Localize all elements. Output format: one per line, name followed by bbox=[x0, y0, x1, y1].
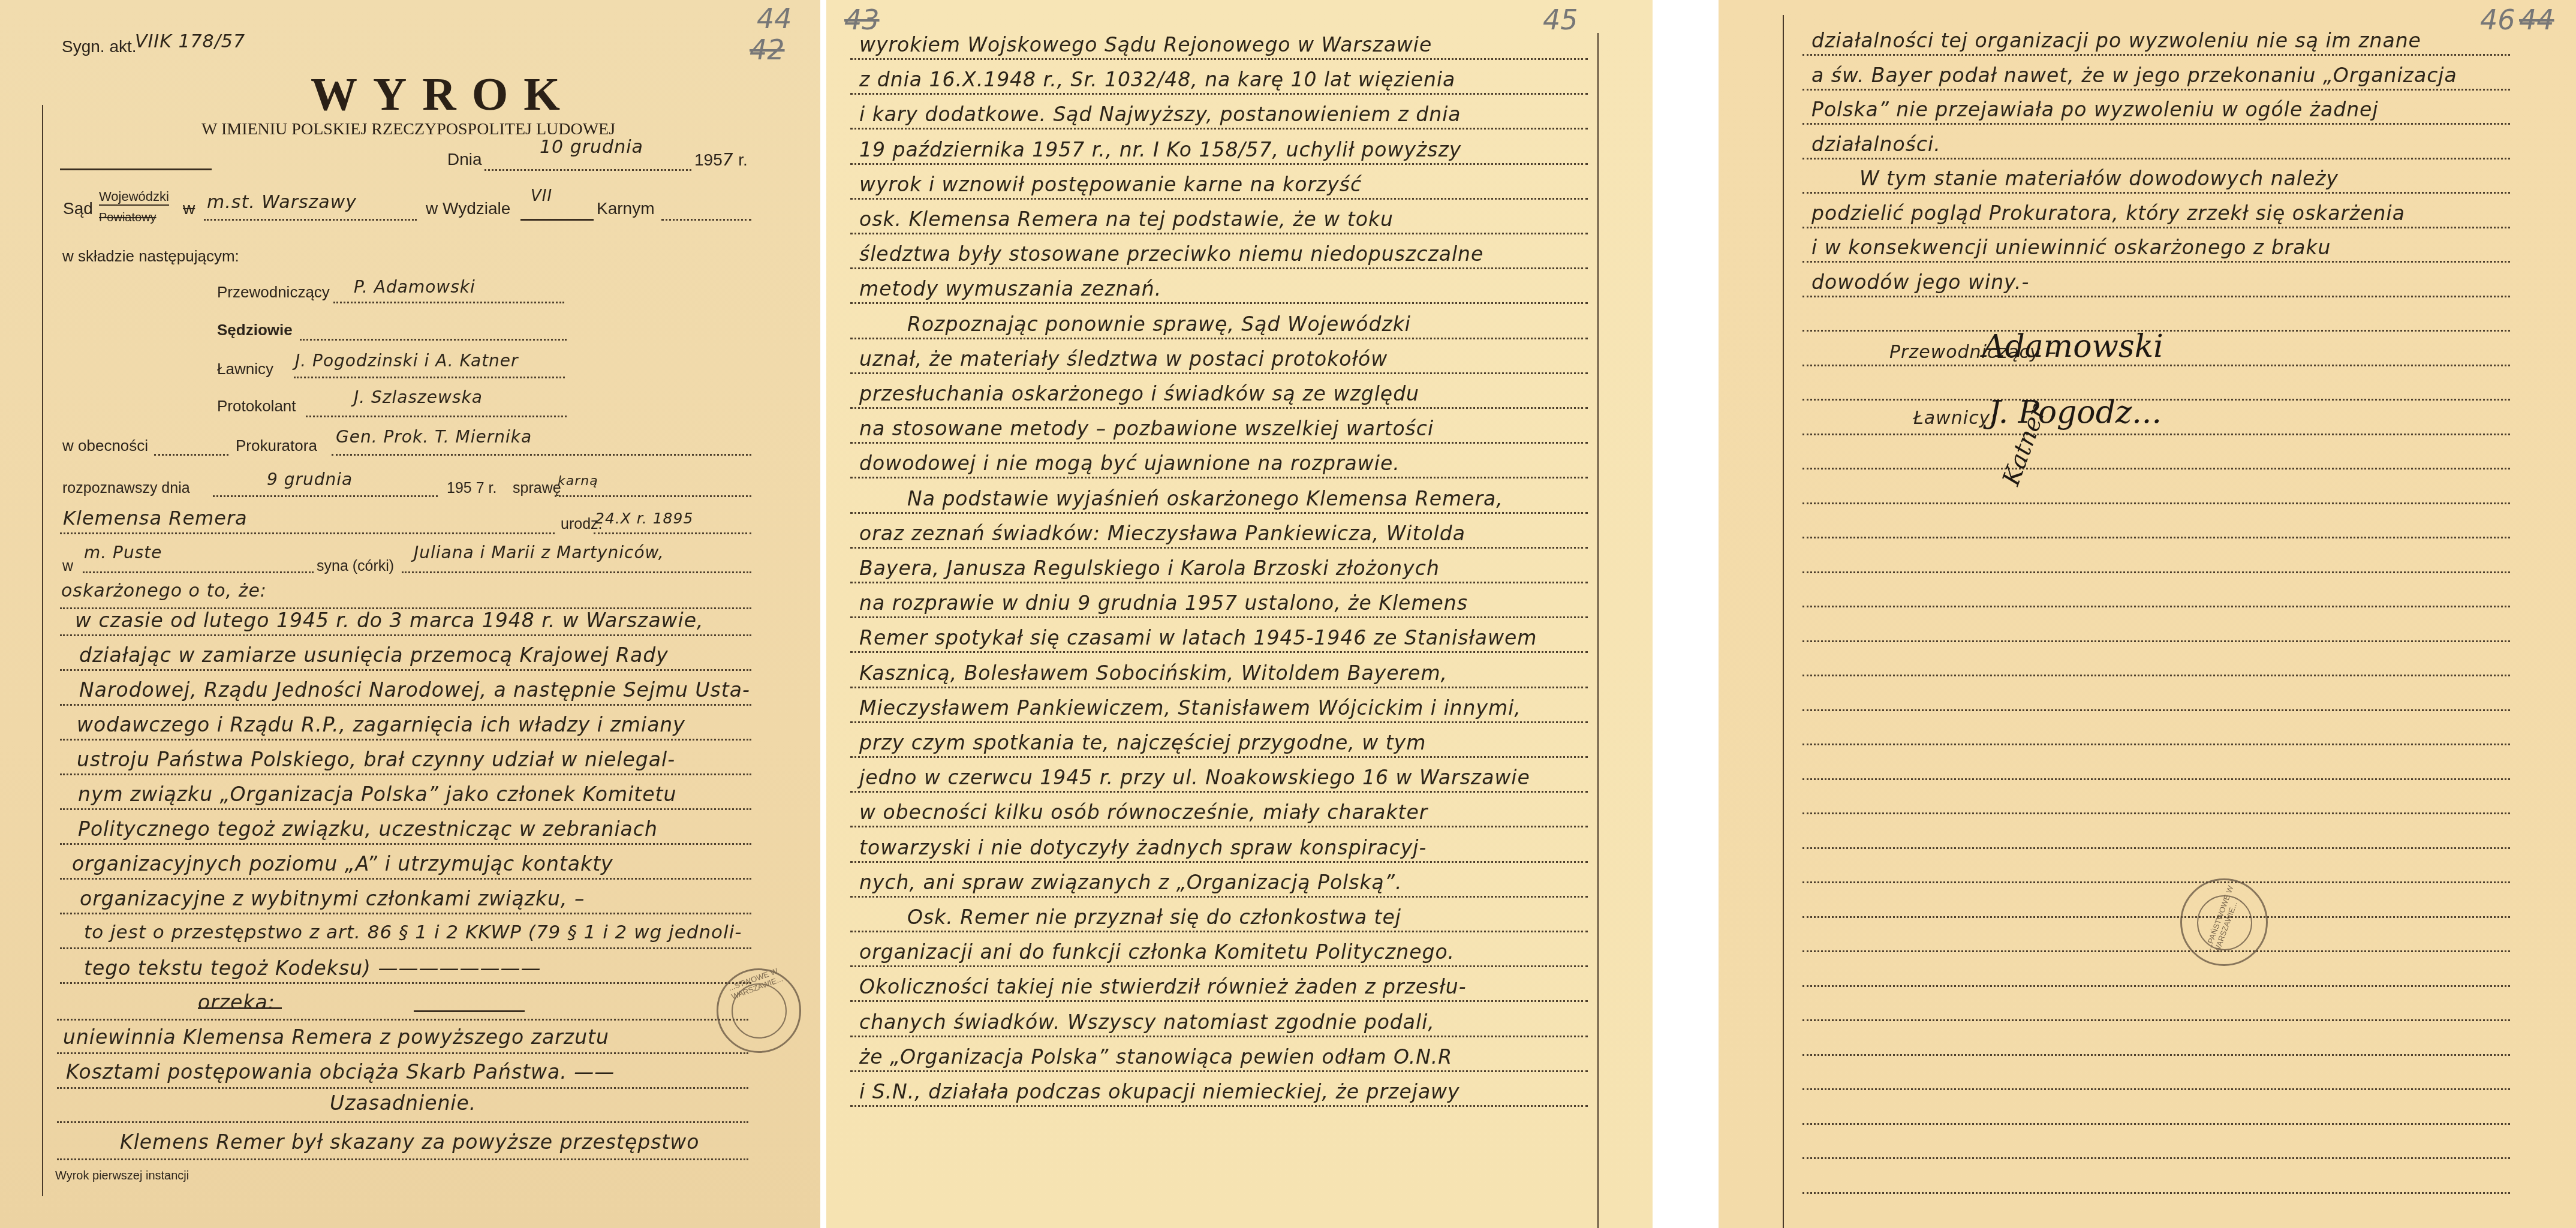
ruled-line bbox=[850, 302, 1588, 304]
ruled-line bbox=[1802, 1019, 2510, 1021]
text-line: metody wymuszania zeznań. bbox=[859, 277, 1161, 300]
text-line: wyrok i wznowił postępowanie karne na ko… bbox=[859, 173, 1362, 196]
court-place: m.st. Warszawy bbox=[207, 192, 357, 213]
clerk-value: J. Szlaszewska bbox=[354, 387, 483, 407]
ruled-line bbox=[850, 931, 1588, 932]
ruled-line bbox=[1802, 709, 2510, 711]
heard-label: rozpoznawszy dnia bbox=[62, 480, 190, 497]
ruled-line bbox=[850, 651, 1588, 653]
lay-judges-signature-label: Ławnicy: bbox=[1913, 408, 1997, 429]
text-line: wyrokiem Wojskowego Sądu Rejonowego w Wa… bbox=[859, 33, 1432, 56]
text-line: uznał, że materiały śledztwa w postaci p… bbox=[859, 347, 1388, 371]
text-line: organizacji ani do funkcji członka Komit… bbox=[859, 940, 1455, 964]
case-value: karną bbox=[558, 474, 598, 489]
text-line: Remer spotykał się czasami w latach 1945… bbox=[859, 626, 1537, 649]
folio-number-struck: 44 bbox=[2519, 4, 2554, 36]
ruled-line bbox=[1802, 985, 2510, 987]
ruled-line bbox=[1802, 778, 2510, 780]
document-page-1: 44 42 Sygn. akt. VIIK 178/57 WYROK W IMI… bbox=[0, 0, 820, 1228]
ruled-line bbox=[1802, 468, 2510, 469]
text-line: 19 października 1957 r., nr. I Ko 158/57… bbox=[859, 138, 1461, 161]
ruled-line bbox=[850, 372, 1588, 374]
date-year: 1957 r. bbox=[694, 150, 748, 170]
ruled-line bbox=[850, 1070, 1588, 1072]
text-line: podzielić pogląd Prokuratora, który zrze… bbox=[1811, 201, 2405, 225]
ruled-line bbox=[850, 198, 1588, 200]
presiding-value: P. Adamowski bbox=[354, 277, 476, 297]
text-line: osk. Klemensa Remera na tej podstawie, ż… bbox=[859, 207, 1394, 231]
official-stamp: ...STWOWE W WARSZAWIE... bbox=[717, 968, 801, 1053]
presiding-label: Przewodniczący bbox=[217, 283, 330, 302]
ruled-line bbox=[1802, 881, 2510, 883]
ruled-line bbox=[850, 791, 1588, 793]
ruled-line bbox=[850, 1036, 1588, 1037]
text-line: dowodów jego winy.- bbox=[1811, 270, 2029, 294]
place-value: m. Puste bbox=[84, 543, 162, 562]
justification-heading: Uzasadnienie. bbox=[330, 1091, 476, 1115]
division-label: w Wydziale bbox=[426, 199, 510, 218]
text-line: W tym stanie materiałów dowodowych należ… bbox=[1859, 167, 2339, 190]
presiding-signature: Adamowski bbox=[1982, 329, 2163, 365]
ruled-line bbox=[1802, 744, 2510, 745]
text-line: przy czym spotkania te, najczęściej przy… bbox=[859, 731, 1426, 754]
ruled-line bbox=[1802, 1157, 2510, 1159]
ruled-line bbox=[1802, 1054, 2510, 1056]
ruled-line bbox=[1802, 640, 2510, 642]
ruled-line bbox=[1802, 227, 2510, 228]
justification-first-line: Klemens Remer był skazany za powyższe pr… bbox=[120, 1130, 700, 1154]
text-line: nych, ani spraw związanych z „Organizacj… bbox=[859, 871, 1402, 894]
lay-judges-label: Ławnicy bbox=[217, 360, 273, 378]
ruled-line bbox=[850, 407, 1588, 409]
ruled-line bbox=[850, 128, 1588, 130]
folio-number-struck: 42 bbox=[750, 34, 785, 66]
clerk-label: Protokolant bbox=[217, 397, 296, 416]
prosecutor-label: Prokuratora bbox=[236, 437, 317, 455]
court-in: w bbox=[183, 199, 195, 218]
text-line: na stosowane metody – pozbawione wszelki… bbox=[859, 417, 1434, 440]
ruled-line bbox=[850, 826, 1588, 827]
text-line: z dnia 16.X.1948 r., Sr. 1032/48, na kar… bbox=[859, 68, 1455, 91]
ruled-line bbox=[1802, 606, 2510, 607]
ruled-line bbox=[1802, 1192, 2510, 1194]
charge-intro: oskarżonego o to, że: bbox=[61, 580, 267, 601]
text-line: Okoliczności takiej nie stwierdził równi… bbox=[859, 975, 1467, 998]
ruled-line bbox=[1802, 916, 2510, 918]
presence-label: w obecności bbox=[62, 437, 148, 455]
ruled-line bbox=[850, 582, 1588, 583]
case-label: sprawę bbox=[513, 480, 561, 497]
document-page-2: 43 45 wyrokiem Wojskowego Sądu Rejonoweg… bbox=[826, 0, 1653, 1228]
date-label: Dnia bbox=[447, 150, 482, 169]
parent-value: Juliana i Marii z Martyniców, bbox=[414, 543, 664, 562]
lay-judges-value: J. Pogodzinski i A. Katner bbox=[295, 351, 519, 371]
ruled-line bbox=[850, 687, 1588, 688]
document-title: WYROK bbox=[311, 67, 576, 121]
text-line: i kary dodatkowe. Sąd Najwyższy, postano… bbox=[859, 103, 1461, 126]
text-line: działalności. bbox=[1811, 133, 1941, 156]
composition-label: w składzie następującym: bbox=[62, 247, 239, 266]
ruled-line bbox=[850, 58, 1588, 60]
ruled-line bbox=[850, 756, 1588, 758]
text-line: działalności tej organizacji po wyzwolen… bbox=[1811, 29, 2421, 52]
text-line: oraz zeznań świadków: Mieczysława Pankie… bbox=[859, 522, 1465, 545]
defendant-name: Klemensa Remera bbox=[63, 507, 248, 529]
verdict-line-2: Kosztami postępowania obciąża Skarb Pańs… bbox=[66, 1060, 615, 1083]
margin-rule bbox=[1783, 15, 1784, 1228]
court-type-struck: Powiatowy bbox=[99, 211, 157, 225]
date-value: 10 grudnia bbox=[540, 137, 643, 158]
text-line: a św. Bayer podał nawet, że w jego przek… bbox=[1811, 64, 2457, 87]
lay-judge-signature-1: J. Pogodz... bbox=[1988, 395, 2162, 431]
ruled-line bbox=[1802, 847, 2510, 849]
ruled-line bbox=[850, 1105, 1588, 1107]
folio-number: 45 bbox=[1543, 4, 1578, 36]
ruled-line bbox=[850, 1000, 1588, 1002]
ruled-line bbox=[1802, 571, 2510, 573]
text-line: i w konsekwencji uniewinnić oskarżonego … bbox=[1811, 236, 2331, 259]
text-line: przesłuchania oskarżonego i świadków są … bbox=[859, 382, 1419, 405]
born-value: 24.X r. 1895 bbox=[595, 510, 693, 527]
folio-number: 44 bbox=[757, 2, 792, 35]
verdict-line-1: uniewinnia Klemensa Remera z powyższego … bbox=[63, 1025, 609, 1049]
judges-label: Sędziowie bbox=[217, 321, 293, 339]
text-line: i S.N., działała podczas okupacji niemie… bbox=[859, 1080, 1460, 1103]
document-page-3: 46 44 działalności tej organizacji po wy… bbox=[1719, 0, 2576, 1228]
ruled-line bbox=[850, 896, 1588, 898]
heard-year: 195 7 r. bbox=[447, 480, 496, 497]
signature-value: VIIK 178/57 bbox=[135, 31, 245, 52]
ruled-line bbox=[1802, 434, 2510, 435]
place-prefix: w bbox=[62, 558, 73, 575]
text-line: jedno w czerwcu 1945 r. przy ul. Noakows… bbox=[859, 766, 1530, 789]
parent-label: syna (córki) bbox=[317, 558, 394, 575]
text-line: Mieczysławem Pankiewiczem, Stanisławem W… bbox=[859, 696, 1521, 720]
ruled-line bbox=[850, 616, 1588, 618]
ruled-line bbox=[1802, 123, 2510, 125]
heard-value: 9 grudnia bbox=[267, 469, 353, 489]
ruled-line bbox=[850, 861, 1588, 863]
form-footer: Wyrok pierwszej instancji bbox=[55, 1169, 189, 1183]
ruled-line bbox=[1802, 192, 2510, 194]
court-label: Sąd bbox=[63, 199, 93, 218]
text-line: śledztwa były stosowane przeciwko niemu … bbox=[859, 242, 1483, 266]
ruled-line bbox=[1802, 1123, 2510, 1125]
ruled-line bbox=[850, 547, 1588, 549]
ruled-line bbox=[850, 338, 1588, 339]
ruled-line bbox=[1802, 158, 2510, 159]
prosecutor-value: Gen. Prok. T. Miernika bbox=[336, 427, 532, 447]
ruled-line bbox=[1802, 675, 2510, 676]
folio-number: 46 bbox=[2480, 4, 2515, 36]
text-line: chanych świadków. Wszyscy natomiast zgod… bbox=[859, 1010, 1435, 1034]
ruled-line bbox=[1802, 950, 2510, 952]
text-line: Na podstawie wyjaśnień oskarżonego Kleme… bbox=[907, 487, 1503, 510]
ruled-line bbox=[1802, 296, 2510, 297]
margin-rule bbox=[1597, 33, 1599, 1228]
text-line: towarzyski i nie dotyczyły żadnych spraw… bbox=[859, 836, 1427, 859]
ruled-line bbox=[1802, 812, 2510, 814]
ruled-line bbox=[1802, 537, 2510, 538]
folio-number-struck: 43 bbox=[844, 4, 880, 36]
signature-label: Sygn. akt. bbox=[62, 37, 137, 56]
ruled-line bbox=[850, 163, 1588, 165]
verdict-heading: orzeka: bbox=[198, 991, 275, 1014]
text-line: że „Organizacja Polska” stanowiąca pewie… bbox=[859, 1045, 1452, 1069]
ruled-line bbox=[850, 93, 1588, 95]
text-line: Polska” nie przejawiała po wyzwoleniu w … bbox=[1811, 98, 2379, 121]
ruled-line bbox=[1802, 1088, 2510, 1090]
ruled-line bbox=[850, 477, 1588, 478]
ruled-line bbox=[850, 721, 1588, 723]
text-line: Bayera, Janusza Regulskiego i Karola Brz… bbox=[859, 556, 1440, 580]
ruled-line bbox=[850, 233, 1588, 234]
division-suffix: Karnym bbox=[597, 199, 654, 218]
signature-underline bbox=[60, 168, 212, 170]
ruled-line bbox=[850, 965, 1588, 967]
text-line: w obecności kilku osób równocześnie, mia… bbox=[859, 800, 1428, 824]
margin-rule bbox=[42, 105, 43, 1196]
text-line: Rozpoznając ponownie sprawę, Sąd Wojewód… bbox=[907, 312, 1411, 336]
text-line: Osk. Remer nie przyznał się do członkost… bbox=[907, 905, 1401, 929]
ruled-line bbox=[850, 512, 1588, 514]
ruled-line bbox=[1802, 261, 2510, 263]
text-line: Kasznicą, Bolesławem Sobocińskim, Witold… bbox=[859, 661, 1448, 685]
ruled-line bbox=[850, 267, 1588, 269]
ruled-line bbox=[1802, 89, 2510, 91]
division-value: VII bbox=[531, 187, 552, 205]
text-line: dowodowej i nie mogą być ujawnione na ro… bbox=[859, 452, 1400, 475]
text-line: na rozprawie w dniu 9 grudnia 1957 ustal… bbox=[859, 591, 1468, 615]
ruled-line bbox=[1802, 502, 2510, 504]
court-type-upper: Wojewódzki bbox=[99, 189, 169, 206]
official-stamp: ...PAŃSTWOWE W WARSZAWIE... bbox=[2180, 878, 2268, 966]
ruled-line bbox=[850, 442, 1588, 444]
ruled-line bbox=[1802, 54, 2510, 56]
